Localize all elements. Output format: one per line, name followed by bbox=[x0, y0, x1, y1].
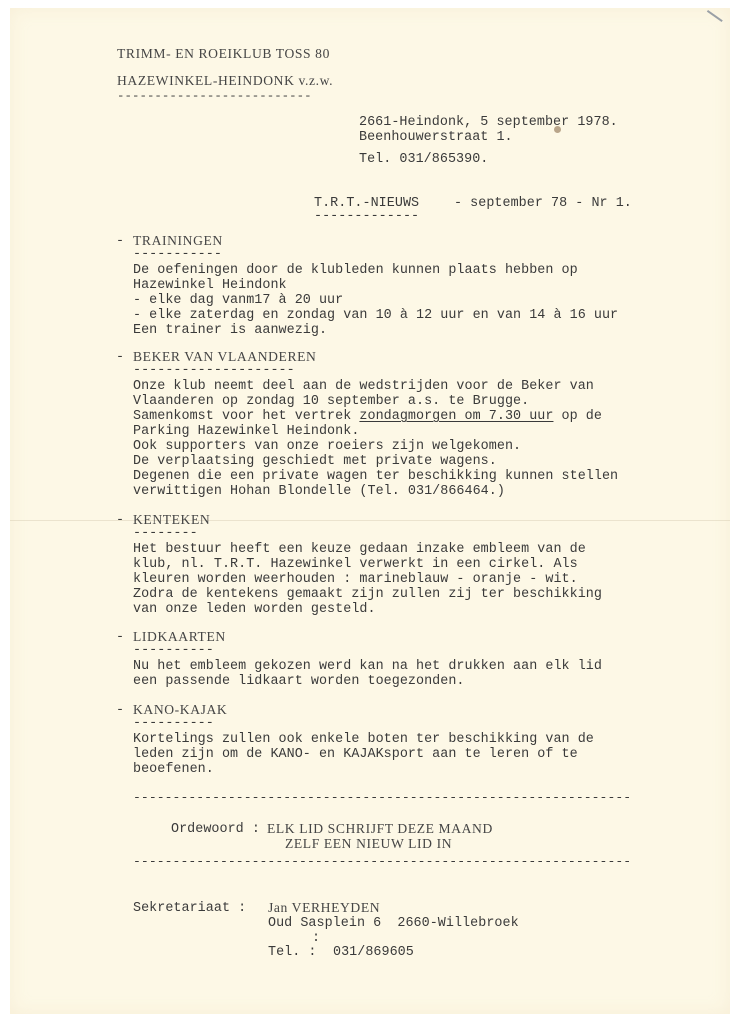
text-line: Ook supporters van onze roeiers zijn wel… bbox=[133, 440, 521, 455]
text-line: Vlaanderen op zondag 10 september a.s. t… bbox=[133, 395, 529, 410]
text-line: Kortelings zullen ook enkele boten ter b… bbox=[133, 733, 594, 748]
section-rule: ---------- bbox=[133, 644, 214, 659]
phone-number: Tel. 031/865390. bbox=[359, 153, 488, 168]
secretariat-phone-label: Tel. : bbox=[268, 946, 317, 961]
section-bullet: - bbox=[116, 514, 124, 529]
section-rule: -------- bbox=[133, 527, 198, 542]
text-line: verwittigen Hohan Blondelle (Tel. 031/86… bbox=[133, 485, 505, 500]
motto-line-2: ZELF EEN NIEUW LID IN bbox=[285, 837, 452, 852]
secretariat-phone: 031/869605 bbox=[333, 946, 414, 961]
motto-label: Ordewoord : bbox=[171, 823, 260, 838]
secretariat-label: Sekretariaat : bbox=[133, 902, 246, 917]
text-line: De verplaatsing geschiedt met private wa… bbox=[133, 455, 497, 470]
text-line: - elke zaterdag en zondag van 10 à 12 uu… bbox=[133, 309, 618, 324]
text-line: Nu het embleem gekozen werd kan na het d… bbox=[133, 660, 602, 675]
section-rule: -------------------- bbox=[133, 364, 295, 379]
text-line: klub, nl. T.R.T. Hazewinkel verwerkt in … bbox=[133, 558, 578, 573]
newsletter-issue: - september 78 - Nr 1. bbox=[454, 197, 632, 212]
club-name: TRIMM- EN ROEIKLUB TOSS 80 bbox=[117, 47, 330, 62]
text-line: Het bestuur heeft een keuze gedaan inzak… bbox=[133, 543, 586, 558]
title-rule: ------------- bbox=[314, 210, 419, 225]
text-line: De oefeningen door de klubleden kunnen p… bbox=[133, 264, 578, 279]
text-line: Een trainer is aanwezig. bbox=[133, 324, 327, 339]
divider-bottom: ----------------------------------------… bbox=[133, 855, 631, 870]
text-line: - elke dag vanm17 à 20 uur bbox=[133, 294, 343, 309]
text-line: van onze leden worden gesteld. bbox=[133, 603, 376, 618]
section-bullet: - bbox=[116, 704, 124, 719]
place-date: 2661-Heindonk, 5 september 1978. bbox=[359, 116, 618, 131]
section-bullet: - bbox=[116, 631, 124, 646]
paper-stain bbox=[554, 126, 561, 133]
text-line: Hazewinkel Heindonk bbox=[133, 279, 287, 294]
section-rule: ---------- bbox=[133, 717, 214, 732]
section-rule: ----------- bbox=[133, 248, 222, 263]
text-line-with-underline: Samenkomst voor het vertrek zondagmorgen… bbox=[133, 410, 602, 425]
section-bullet: - bbox=[116, 235, 124, 250]
secretariat-name: Jan VERHEYDEN bbox=[268, 901, 380, 916]
letterhead-rule: -------------------------- bbox=[117, 89, 312, 104]
text-line: een passende lidkaart worden toegezonden… bbox=[133, 675, 465, 690]
underlined-meeting-time: zondagmorgen om 7.30 uur bbox=[359, 409, 553, 424]
secretariat-address: Oud Sasplein 6 2660-Willebroek bbox=[268, 917, 519, 932]
text-line: Zodra de kentekens gemaakt zijn zullen z… bbox=[133, 588, 602, 603]
folded-corner bbox=[699, 10, 723, 33]
divider-top: ----------------------------------------… bbox=[133, 791, 631, 806]
street-address: Beenhouwerstraat 1. bbox=[359, 131, 513, 146]
motto-line-1: ELK LID SCHRIJFT DEZE MAAND bbox=[267, 822, 493, 837]
text-line: kleuren worden weerhouden : marineblauw … bbox=[133, 573, 578, 588]
text-line: Degenen die een private wagen ter beschi… bbox=[133, 470, 618, 485]
text-line: Onze klub neemt deel aan de wedstrijden … bbox=[133, 380, 594, 395]
club-location: HAZEWINKEL-HEINDONK v.z.w. bbox=[117, 74, 333, 89]
text-line: beoefenen. bbox=[133, 763, 214, 778]
text-line: Parking Hazewinkel Heindonk. bbox=[133, 425, 359, 440]
text-line: leden zijn om de KANO- en KAJAKsport aan… bbox=[133, 748, 578, 763]
section-bullet: - bbox=[116, 351, 124, 366]
